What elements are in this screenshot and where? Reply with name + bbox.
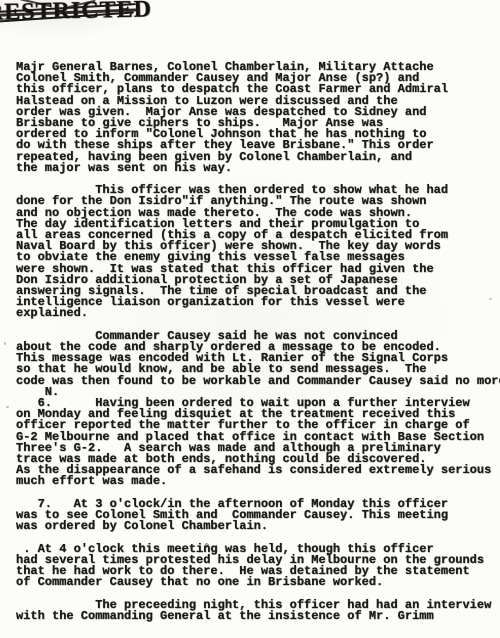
ink-speck [6,406,9,408]
paragraph-4-oclock: . At 4 o'clock this meeting was held, th… [16,544,500,589]
paragraph-preceeding-night: The preceeding night, this officer had h… [16,600,500,622]
document-page: RESTRICTED Majr General Barnes, Colonel … [0,0,500,638]
document-text-block: Majr General Barnes, Colonel Chamberlain… [16,62,500,633]
paragraph-don-isidro: This officer was then ordered to show wh… [16,185,500,319]
paragraph-officers-meeting: Majr General Barnes, Colonel Chamberlain… [16,62,500,174]
ink-speck [489,298,492,300]
paragraph-causey-code: Commander Causey said he was not convinc… [16,331,500,398]
ink-speck [205,543,209,547]
paragraph-6-search: 6. Having been ordered to wait upon a fu… [16,398,500,488]
restricted-stamp: RESTRICTED [0,0,161,32]
paragraph-7-meeting: 7. At 3 o'clock/in the afternoon of Mond… [16,499,500,533]
ink-speck [4,342,6,345]
